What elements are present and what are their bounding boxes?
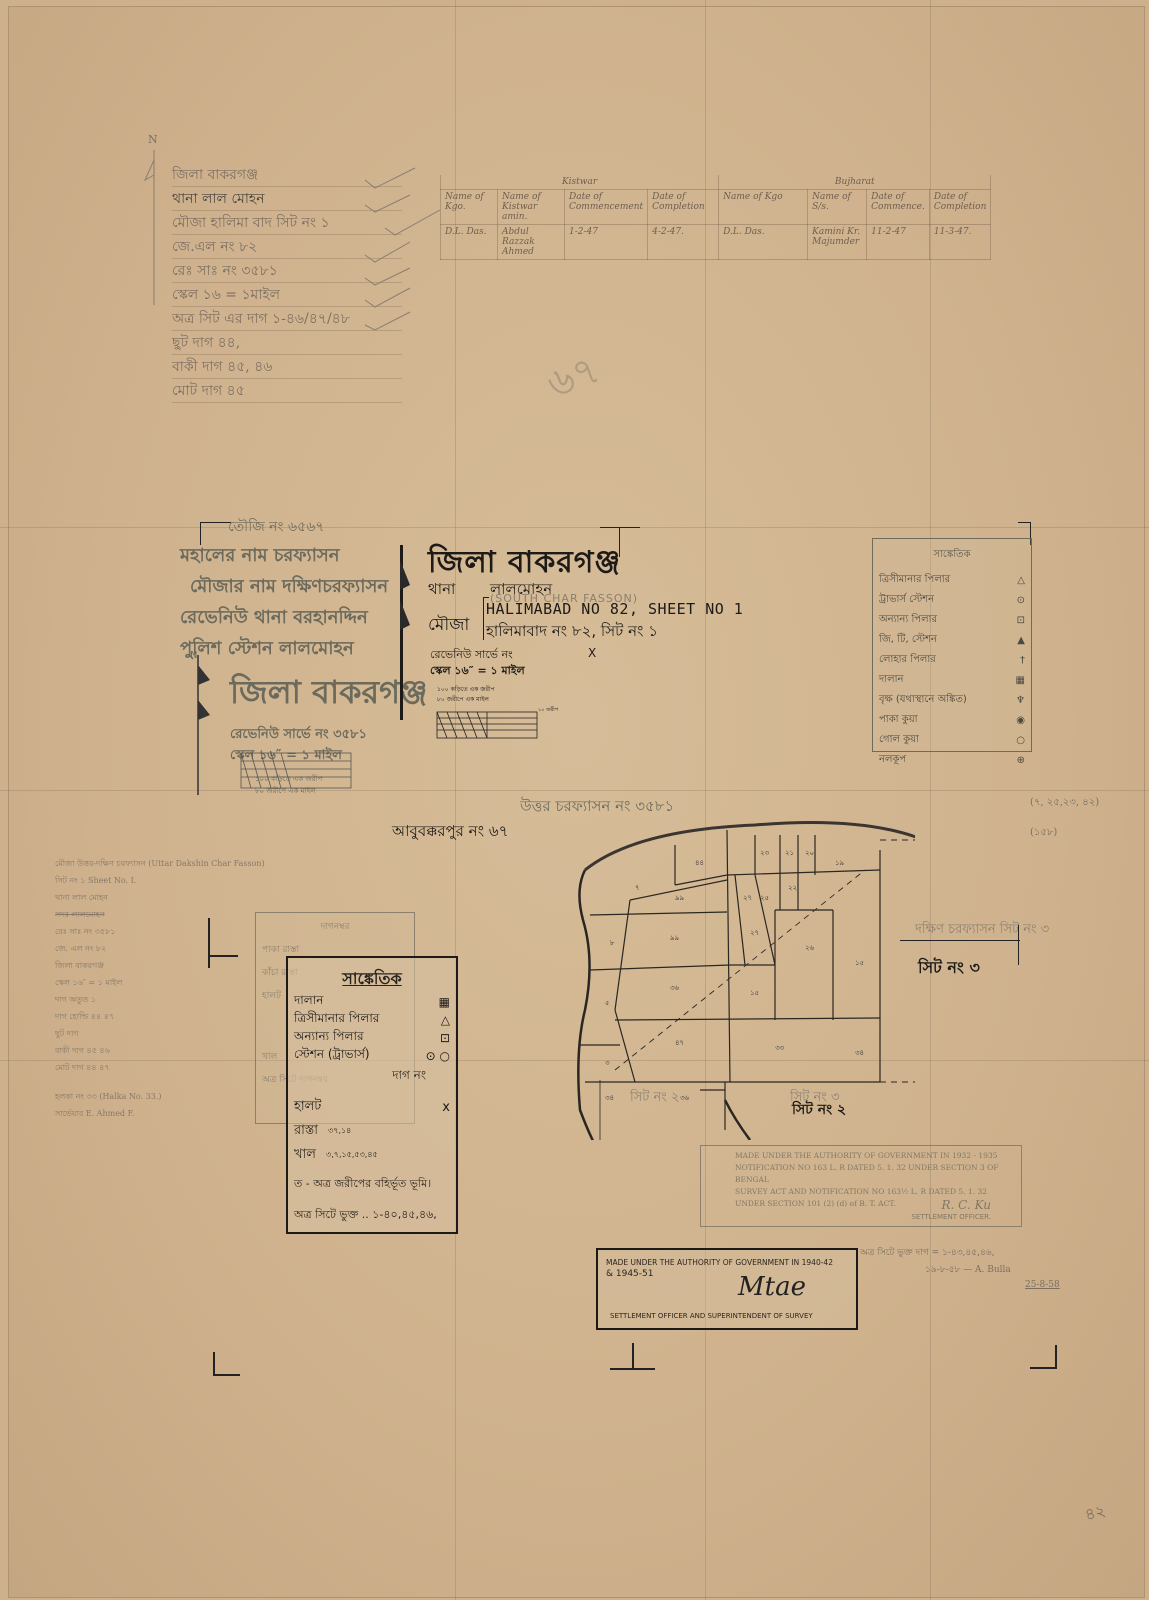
margin-note: মোট দাগ ৪৪ ৪৭ [55, 1059, 305, 1076]
column-header: Date of Commence. [867, 190, 930, 225]
svg-text:১৯: ১৯ [835, 859, 845, 867]
stamp-line: NOTIFICATION NO 163 L. R DATED 5. 1. 32 … [735, 1162, 1015, 1186]
traverse-station-icon: ⊙ [1017, 595, 1025, 606]
legend-item: জি, টি, স্টেশন▲ [873, 630, 1031, 650]
mahal-name: মহালের নাম চরফ্যাসন [180, 541, 430, 572]
thana-label: থানা [428, 578, 455, 603]
svg-text:৩৪: ৩৪ [605, 1094, 614, 1102]
mouza-bengali: হালিমাবাদ নং ৮২, সিট নং ১ [486, 620, 658, 645]
scale: স্কেল ১৬″ = ১ মাইল [430, 662, 525, 681]
table-cell: D.L. Das. [719, 225, 808, 260]
dag-label: রাস্তা [294, 1121, 318, 1142]
svg-text:৯৯: ৯৯ [670, 934, 680, 942]
margin-note: ১৯-৮-৫৮ — A. Bulla [925, 1262, 1011, 1277]
tree-icon: ♆ [1016, 695, 1025, 706]
triangle-pillar-icon: △ [441, 1013, 450, 1027]
legend-item: বৃক্ষ (যথাস্থানে অঙ্কিত)♆ [873, 690, 1031, 710]
gt-station-icon: ▲ [1017, 635, 1025, 646]
svg-text:১৫: ১৫ [855, 959, 864, 967]
margin-note: থানা লাল মোহন [55, 889, 305, 906]
margin-note: অত্র সিটে ভুক্ত দাগ = ১-৪৩,৪৫,৪৬, [860, 1245, 995, 1260]
cadastral-map: ৭৪৪২৩২১ ২০১৯৯৯২৭ ২৫২২৮৯৯ ২৭২৬১৫৩৬ ১৫৫৪৭৩… [575, 810, 915, 1140]
round-well-icon: ○ [1016, 735, 1025, 746]
kistwar-table-container: Kistwar Bujharat Name of Kgo. Name of Ki… [440, 175, 991, 260]
margin-note: ছুট দাগ [55, 1025, 305, 1042]
legend-label: নলকূপ [879, 752, 906, 769]
margin-note: বাকী দাগ ৪৫ ৪৬ [55, 1042, 305, 1059]
stamp-signature: Mtae [738, 1272, 806, 1302]
registration-mark [208, 955, 238, 957]
legend-label: পাকা কুয়া [879, 712, 918, 729]
legend-label: স্টেশন (ট্রাভার্স) [294, 1046, 370, 1066]
svg-text:২৬: ২৬ [805, 944, 815, 952]
east-neighbor-faded: দক্ষিণ চরফ্যাসন সিট নং ৩ [915, 920, 1049, 941]
dag-label: খাল [294, 1145, 316, 1166]
checklist-row: মোট দাগ ৪৫ [172, 379, 402, 403]
tubewell-icon: ⊕ [1017, 755, 1025, 766]
legend-item: ত্রিসীমানার পিলার△ [288, 1011, 456, 1029]
margin-note: সিট নং ১ Sheet No. I. [55, 872, 305, 889]
margin-note: হলকা নং ৩৩ (Halka No. 33.) [55, 1088, 305, 1105]
margin-note: দাগ অতুত ১ [55, 991, 305, 1008]
svg-text:৩৬: ৩৬ [670, 984, 680, 992]
column-header: Name of Kistwar amin. [498, 190, 565, 225]
margin-note: দাগ হোল্ডি ৪৪ ৪৭ [55, 1008, 305, 1025]
margin-note: সদর লালমোহন [55, 906, 305, 923]
legend-item: ট্রাভার্স স্টেশন⊙ [873, 590, 1031, 610]
margin-note: স্কেল ১৬″ = ১ মাইল [55, 974, 305, 991]
legend-item: ত্রিসীমানার পিলার△ [873, 570, 1031, 590]
old-authority-stamp: MADE UNDER THE AUTHORITY OF GOVERNMENT I… [700, 1145, 1022, 1227]
scale-bar [435, 710, 545, 742]
svg-text:২০: ২০ [805, 849, 814, 857]
margin-note: (১৫৮) [1030, 825, 1057, 842]
other-pillar-icon: ⊡ [1017, 615, 1025, 626]
legend-right: সাঙ্কেতিক ত্রিসীমানার পিলার△ ট্রাভার্স স… [872, 538, 1032, 752]
dag-value: x [442, 1100, 450, 1115]
pucca-well-icon: ◉ [1016, 715, 1025, 726]
svg-text:২২: ২২ [788, 884, 797, 892]
group-header-kistwar: Kistwar [441, 175, 719, 190]
corner-mark [213, 1352, 240, 1376]
stamp-line: SURVEY ACT AND NOTIFICATION NO 163½ L. R… [735, 1186, 1015, 1198]
old-north-arrow-icon [190, 655, 220, 805]
legend-item: স্টেশন (ট্রাভার্স)⊙ ○ [288, 1047, 456, 1065]
boundary-line [900, 940, 1020, 941]
left-margin-notes: মৌজা উত্তর-দক্ষিণ চরফ্যাসন (Uttar Dakshi… [55, 855, 305, 1122]
svg-text:৭: ৭ [635, 884, 640, 892]
table-cell: D.L. Das. [441, 225, 498, 260]
svg-text:৯৯: ৯৯ [675, 894, 685, 902]
legend-label: ত্রিসীমানার পিলার [879, 572, 950, 589]
legend-label: লোহার পিলার [879, 652, 936, 669]
legend-label: অন্যান্য পিলার [879, 612, 937, 629]
revenue-thana: রেভেনিউ থানা বরহানদ্দিন [180, 603, 430, 634]
north-arrow-icon [140, 140, 170, 310]
svg-text:৩৩: ৩৩ [775, 1044, 785, 1052]
iron-pillar-icon: † [1020, 655, 1025, 666]
stamp-role: SETTLEMENT OFFICER. [911, 1213, 991, 1221]
old-mouza-name: মৌজার নাম দক্ষিণচরফ্যাসন [180, 572, 430, 603]
old-north-arrow-icon [395, 560, 415, 650]
station-icon: ⊙ ○ [426, 1049, 450, 1063]
column-header: Name of S/s. [808, 190, 867, 225]
legend-item: নলকূপ⊕ [873, 750, 1031, 770]
table-cell: 11-3-47. [929, 225, 991, 260]
boundary-line [1018, 925, 1019, 965]
scale-note: ৮০ জরীপে এক মাইল [437, 694, 489, 705]
stamp-line: MADE UNDER THE AUTHORITY OF GOVERNMENT I… [598, 1250, 856, 1267]
legend-item: দালান▦ [288, 993, 456, 1011]
margin-note: (৭, ২৫,২৩, ৪২) [1030, 795, 1099, 812]
svg-text:৪৪: ৪৪ [695, 859, 704, 867]
touzi-number: তৌজি নং ৬৫৬৭ [180, 515, 430, 539]
dag-value: ৩৭,১৪ [328, 1125, 351, 1138]
legend-item: লোহার পিলার† [873, 650, 1031, 670]
legend-item: গোল কুয়া○ [873, 730, 1031, 750]
legend-label: ত্রিসীমানার পিলার [294, 1010, 379, 1030]
column-header: Name of Kgo. [441, 190, 498, 225]
note-excluded: ত - অত্র জরীপের বহির্ভূত ভূমি। [288, 1167, 456, 1202]
margin-note: জে. এল নং ৮২ [55, 940, 305, 957]
legend-title: সাঙ্কেতিক [288, 966, 456, 993]
mouza-english: HALIMABAD NO 82, SHEET NO 1 [486, 600, 743, 618]
svg-text:২৫: ২৫ [760, 894, 769, 902]
west-neighbor-label: আবুবক্করপুর নং ৬৭ [392, 820, 508, 845]
svg-text:২৩: ২৩ [760, 849, 770, 857]
dag-row: খাল৩,৭,১৫,৫৩,৪৫ [288, 1143, 456, 1167]
legend-item: পাকা কুয়া◉ [873, 710, 1031, 730]
column-header: Name of Kgo [719, 190, 808, 225]
svg-text:২৭: ২৭ [750, 929, 759, 937]
dag-row: রাস্তা৩৭,১৪ [288, 1119, 456, 1143]
table-cell: 4-2-47. [648, 225, 719, 260]
margin-note: জিলা বাকরগঞ্জ [55, 957, 305, 974]
corner-mark [1030, 1345, 1057, 1369]
authority-stamp: MADE UNDER THE AUTHORITY OF GOVERNMENT I… [596, 1248, 858, 1330]
checklist-row: বাকী দাগ ৪৫, ৪৬ [172, 355, 402, 379]
dag-value: ৩,৭,১৫,৫৩,৪৫ [326, 1149, 378, 1162]
stamp-role: SETTLEMENT OFFICER AND SUPERINTENDENT OF… [610, 1312, 813, 1320]
svg-text:৪৭: ৪৭ [675, 1039, 684, 1047]
column-header: Date of Completion [648, 190, 719, 225]
svg-text:২৭: ২৭ [743, 894, 752, 902]
legend-label: গোল কুয়া [879, 732, 919, 749]
legend-label: বৃক্ষ (যথাস্থানে অঙ্কিত) [879, 692, 967, 709]
revenue-survey-mark: X [588, 646, 596, 660]
table-cell: 11-2-47 [867, 225, 930, 260]
building-icon: ▦ [1016, 675, 1025, 686]
margin-note: মৌজা উত্তর-দক্ষিণ চরফ্যাসন (Uttar Dakshi… [55, 855, 305, 872]
svg-text:৩: ৩ [605, 1059, 610, 1067]
stamp-line: MADE UNDER THE AUTHORITY OF GOVERNMENT I… [735, 1150, 1015, 1162]
svg-text:৫: ৫ [605, 999, 610, 1007]
building-icon: ▦ [439, 995, 450, 1009]
old-scale-bar [236, 748, 361, 793]
other-pillar-icon: ⊡ [440, 1031, 450, 1045]
legend-item: অন্যান্য পিলার⊡ [873, 610, 1031, 630]
legend-label: জি, টি, স্টেশন [879, 632, 937, 649]
svg-text:১৫: ১৫ [750, 989, 759, 997]
svg-text:৩৬: ৩৬ [680, 1094, 690, 1102]
dag-row: হালটx [288, 1095, 456, 1119]
registration-mark [632, 1343, 634, 1370]
legend-label: ট্রাভার্স স্টেশন [879, 592, 934, 609]
legend-title: সাঙ্কেতিক [873, 539, 1031, 570]
margin-note: রেঃ সাঃ নং ৩৫৮১ [55, 923, 305, 940]
grid-line [0, 527, 1149, 528]
margin-note: 25-8-58 [1025, 1280, 1060, 1290]
triangle-pillar-icon: △ [1017, 575, 1025, 586]
legend-item: অন্যান্য পিলার⊡ [288, 1029, 456, 1047]
table-cell: Kamini Kr. Majumder [808, 225, 867, 260]
grid-line [0, 790, 1149, 791]
registration-mark [208, 918, 210, 968]
dag-header: দাগ নং [288, 1065, 456, 1095]
note-included: অত্র সিটে ভুক্ত .. ১-৪০,৪৫,৪৬, [288, 1202, 456, 1229]
table-cell: 1-2-47 [565, 225, 648, 260]
margin-note: সার্ভেয়ার E. Ahmed F. [55, 1105, 305, 1122]
stamp-line: & 1945-51 [598, 1267, 856, 1279]
mouza-label: মৌজা [428, 612, 469, 640]
legend-left: সাঙ্কেতিক দালান▦ ত্রিসীমানার পিলার△ অন্য… [286, 956, 458, 1234]
column-header: Date of Completion [929, 190, 991, 225]
kistwar-table: Kistwar Bujharat Name of Kgo. Name of Ki… [440, 175, 991, 260]
legend-label: দালান [879, 672, 903, 689]
group-header-bujharat: Bujharat [719, 175, 991, 190]
svg-text:৩৪: ৩৪ [855, 1049, 864, 1057]
stamp-signature: R. C. Ku [942, 1198, 991, 1212]
svg-text:৮: ৮ [610, 939, 615, 947]
column-header: Date of Commencement [565, 190, 648, 225]
table-cell: Abdul Razzak Ahmed [498, 225, 565, 260]
legend-item: দালান▦ [873, 670, 1031, 690]
svg-text:২১: ২১ [785, 849, 794, 857]
east-neighbor-label: সিট নং ৩ [918, 955, 980, 982]
